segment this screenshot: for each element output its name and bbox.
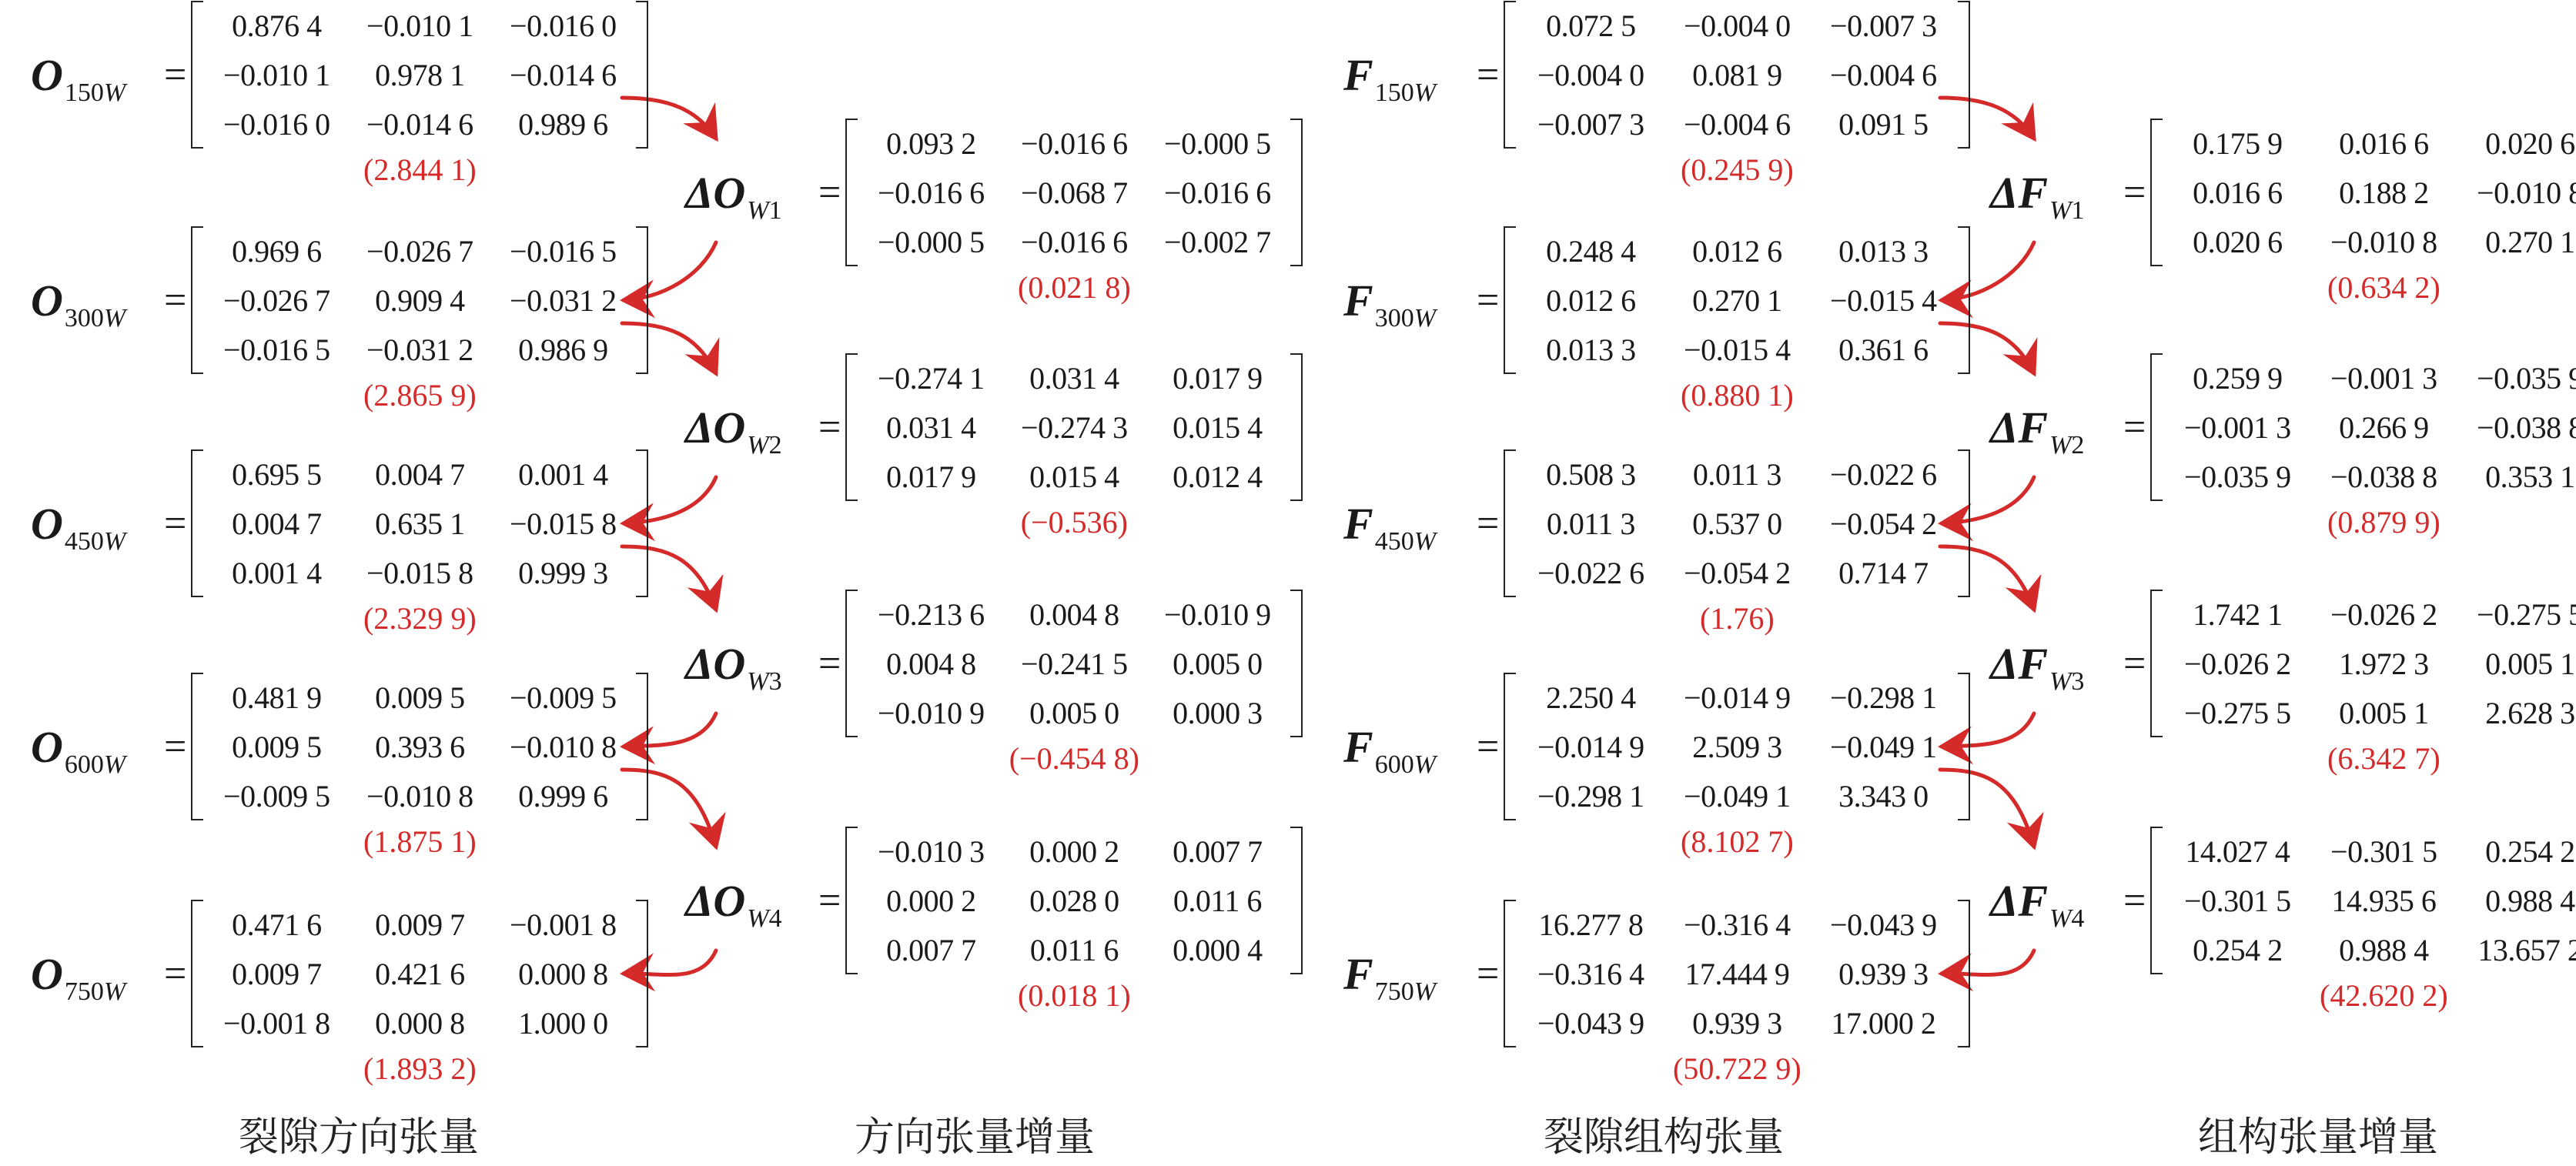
matrix-row: 0.695 50.004 70.001 4 [205,449,634,499]
tensor-subscript: 750W [65,977,125,1007]
matrix-cell: −0.043 9 [1810,907,1956,943]
subscript-number: 4 [769,904,782,933]
matrix-cell: 0.004 7 [348,456,491,493]
matrix-cell: −0.016 6 [1002,125,1146,162]
matrix-row: 0.011 30.537 0−0.054 2 [1517,499,1956,548]
matrix-cell: −0.004 0 [1664,8,1810,44]
equals-sign: = [164,278,186,323]
subscript-unit: W [104,79,125,107]
matrix-cell: 0.000 8 [491,956,634,992]
tensor-symbol: O [31,49,63,101]
fabric-tensor-trace-value: (0.245 9) [1504,152,1970,188]
fabric-increment-trace-value: (0.634 2) [2150,269,2576,306]
matrix-cell: 0.013 3 [1810,233,1956,269]
subscript-number: 4 [2071,904,2084,933]
orientation-tensor-equation: O150W=0.876 4−0.010 1−0.016 0−0.010 10.9… [31,1,648,149]
matrix-cell: 0.009 7 [348,907,491,943]
matrix-row: 1.742 1−0.026 2−0.275 5 [2164,590,2576,639]
subscript-unit: W [1414,750,1436,779]
matrix-cell: 0.986 9 [491,332,634,368]
matrix-row: 0.072 5−0.004 0−0.007 3 [1517,1,1956,50]
matrix-cell: −0.015 4 [1810,282,1956,319]
matrix-cell: 0.537 0 [1664,506,1810,542]
subscript-unit: W [104,527,125,556]
matrix-cell: −0.016 6 [859,175,1002,211]
subscript-number: 600 [65,750,104,779]
tensor-symbol: F [1343,498,1373,550]
matrix-cell: 0.012 6 [1517,282,1664,319]
matrix-cell: 0.000 8 [348,1005,491,1041]
matrix-row: −0.022 6−0.054 20.714 7 [1517,548,1956,597]
fabric-tensor-equation: F450W=0.508 30.011 3−0.022 60.011 30.537… [1343,449,1970,597]
matrix-cell: 0.421 6 [348,956,491,992]
matrix-cell: 0.004 8 [859,646,1002,682]
matrix-row: −0.213 60.004 8−0.010 9 [859,590,1289,639]
matrix-cell: 0.012 6 [1664,233,1810,269]
matrix-cell: 0.988 4 [2457,883,2576,919]
fabric-tensor-equation: F750W=16.277 8−0.316 4−0.043 9−0.316 417… [1343,900,1970,1047]
tensor-symbol: F [1343,948,1373,1000]
matrix-row: −0.014 92.509 3−0.049 1 [1517,722,1956,771]
matrix-cell: −0.000 5 [859,224,1002,260]
subscript-unit: W [1414,977,1436,1006]
subscript-number: 1 [769,196,782,225]
caption-fabric-tensor: 裂隙组构张量 [1544,1104,1784,1162]
matrix-cell: −0.026 2 [2164,646,2310,682]
subscript-unit: W [2049,196,2071,225]
orientation-increment-equation: ΔOW2=−0.274 10.031 40.017 90.031 4−0.274… [685,353,1303,501]
matrix-cell: −0.010 1 [348,8,491,44]
orientation-increment-equation: ΔOW3=−0.213 60.004 8−0.010 90.004 8−0.24… [685,590,1303,737]
caption-orientation-increment: 方向张量增量 [855,1104,1095,1162]
matrix-cell: 0.005 0 [1002,695,1146,731]
tensor-subscript: W1 [2049,196,2084,226]
matrix-row: 0.004 70.635 1−0.015 8 [205,499,634,548]
matrix-cell: 0.353 1 [2457,459,2576,495]
fabric-tensor-equation: F300W=0.248 40.012 60.013 30.012 60.270 … [1343,226,1970,374]
orientation-increment-matrix: −0.010 30.000 20.007 70.000 20.028 00.01… [845,827,1303,974]
equals-sign: = [164,52,186,98]
fabric-increment-symbol: ΔFW1 [1990,167,2117,219]
matrix-cell: 0.175 9 [2164,125,2310,162]
orientation-tensor-symbol: O750W [31,948,158,1000]
tensor-symbol: ΔO [685,167,745,219]
fabric-tensor-trace-value: (50.722 9) [1504,1051,1970,1087]
tensor-subscript: W3 [747,667,781,697]
fabric-increment-equation: ΔFW4=14.027 4−0.301 50.254 2−0.301 514.9… [1990,827,2576,974]
orientation-tensor-trace-value: (2.844 1) [191,152,648,188]
tensor-subscript: W1 [747,196,781,226]
matrix-cell: 17.000 2 [1810,1005,1956,1041]
matrix-row: 0.471 60.009 7−0.001 8 [205,900,634,949]
subscript-number: 150 [65,79,104,107]
tensor-symbol: ΔO [685,875,745,927]
matrix-cell: −0.043 9 [1517,1005,1664,1041]
tensor-subscript: 600W [1375,750,1436,780]
matrix-row: −0.316 417.444 90.939 3 [1517,949,1956,998]
matrix-cell: −0.038 8 [2457,409,2576,446]
subscript-unit: W [104,304,125,332]
subscript-unit: W [104,977,125,1006]
subscript-number: 1 [2071,196,2084,225]
tensor-symbol: O [31,721,63,773]
matrix-row: −0.001 30.266 9−0.038 8 [2164,403,2576,452]
subscript-unit: W [747,667,768,696]
matrix-cell: 0.361 6 [1810,332,1956,368]
matrix-cell: 0.017 9 [1146,360,1289,396]
orientation-tensor-trace-value: (1.893 2) [191,1051,648,1087]
matrix-row: 0.481 90.009 5−0.009 5 [205,673,634,722]
matrix-row: 0.009 50.393 6−0.010 8 [205,722,634,771]
matrix-row: −0.009 5−0.010 80.999 6 [205,771,634,820]
matrix-cell: 0.254 2 [2457,834,2576,870]
orientation-tensor-matrix: 0.969 6−0.026 7−0.016 5−0.026 70.909 4−0… [191,226,648,374]
fabric-tensor-matrix: 16.277 8−0.316 4−0.043 9−0.316 417.444 9… [1504,900,1970,1047]
matrix-cell: −0.022 6 [1517,555,1664,591]
fabric-tensor-symbol: F300W [1343,275,1470,326]
matrix-cell: 0.012 4 [1146,459,1289,495]
orientation-tensor-trace-value: (2.329 9) [191,600,648,636]
matrix-row: −0.016 0−0.014 60.989 6 [205,99,634,149]
fabric-tensor-equation: F600W=2.250 4−0.014 9−0.298 1−0.014 92.5… [1343,673,1970,820]
orientation-increment-matrix: −0.274 10.031 40.017 90.031 4−0.274 30.0… [845,353,1303,501]
matrix-cell: −0.010 3 [859,834,1002,870]
tensor-symbol: ΔF [1990,875,2048,927]
matrix-cell: 0.016 6 [2310,125,2457,162]
matrix-cell: 0.508 3 [1517,456,1664,493]
tensor-symbol: F [1343,49,1373,101]
fabric-tensor-symbol: F600W [1343,721,1470,773]
tensor-symbol: ΔF [1990,638,2048,690]
subscript-number: 3 [2071,667,2084,696]
matrix-row: −0.016 6−0.068 7−0.016 6 [859,168,1289,217]
subscript-unit: W [2049,667,2071,696]
orientation-increment-trace-value: (−0.454 8) [845,740,1303,777]
equals-sign: = [1477,501,1499,546]
matrix-cell: 0.695 5 [205,456,348,493]
matrix-cell: 0.000 2 [859,883,1002,919]
equals-sign: = [818,878,841,924]
matrix-row: 0.004 8−0.241 50.005 0 [859,639,1289,688]
matrix-cell: 0.259 9 [2164,360,2310,396]
matrix-row: −0.026 21.972 30.005 1 [2164,639,2576,688]
fabric-tensor-symbol: F750W [1343,948,1470,1000]
matrix-cell: −0.026 7 [348,233,491,269]
equals-sign: = [164,724,186,770]
orientation-tensor-equation: O450W=0.695 50.004 70.001 40.004 70.635 … [31,449,648,597]
matrix-cell: 0.988 4 [2310,932,2457,968]
equals-sign: = [164,951,186,997]
subscript-number: 450 [65,527,104,556]
matrix-row: −0.275 50.005 12.628 3 [2164,688,2576,737]
matrix-cell: 0.015 4 [1146,409,1289,446]
matrix-cell: 0.909 4 [348,282,491,319]
matrix-cell: −0.000 5 [1146,125,1289,162]
matrix-cell: −0.004 6 [1810,57,1956,93]
matrix-cell: −0.010 9 [859,695,1002,731]
subscript-number: 2 [769,431,782,459]
matrix-cell: 0.009 5 [348,680,491,716]
fabric-increment-trace-value: (42.620 2) [2150,977,2576,1014]
subscript-unit: W [747,904,768,933]
orientation-tensor-trace-value: (1.875 1) [191,824,648,860]
matrix-cell: 0.939 3 [1810,956,1956,992]
subscript-unit: W [747,196,768,225]
orientation-tensor-symbol: O450W [31,498,158,550]
matrix-row: 0.175 90.016 60.020 6 [2164,119,2576,168]
matrix-cell: 0.939 3 [1664,1005,1810,1041]
tensor-symbol: O [31,498,63,550]
subscript-unit: W [104,750,125,779]
fabric-increment-symbol: ΔFW4 [1990,875,2117,927]
matrix-row: 0.009 70.421 60.000 8 [205,949,634,998]
matrix-cell: −0.015 8 [491,506,634,542]
orientation-increment-matrix: 0.093 2−0.016 6−0.000 5−0.016 6−0.068 7−… [845,119,1303,266]
orientation-increment-matrix: −0.213 60.004 8−0.010 90.004 8−0.241 50.… [845,590,1303,737]
orientation-increment-symbol: ΔOW1 [685,167,812,219]
fabric-increment-matrix: 0.175 90.016 60.020 60.016 60.188 2−0.01… [2150,119,2576,266]
orientation-tensor-trace-value: (2.865 9) [191,377,648,413]
equals-sign: = [2123,405,2146,450]
matrix-cell: −0.016 5 [205,332,348,368]
orientation-tensor-equation: O600W=0.481 90.009 5−0.009 50.009 50.393… [31,673,648,820]
subscript-number: 750 [65,977,104,1006]
equals-sign: = [818,641,841,687]
subscript-number: 600 [1375,750,1414,779]
subscript-unit: W [2049,904,2071,933]
matrix-cell: 0.000 3 [1146,695,1289,731]
equals-sign: = [818,170,841,215]
matrix-cell: 0.020 6 [2457,125,2576,162]
matrix-cell: 0.876 4 [205,8,348,44]
matrix-cell: −0.014 9 [1517,729,1664,765]
tensor-symbol: F [1343,275,1373,326]
orientation-increment-trace-value: (0.018 1) [845,977,1303,1014]
tensor-subscript: W4 [2049,904,2084,934]
matrix-cell: 0.000 2 [1002,834,1146,870]
matrix-row: −0.301 514.935 60.988 4 [2164,876,2576,925]
matrix-cell: −0.001 8 [491,907,634,943]
matrix-row: 0.007 70.011 60.000 4 [859,925,1289,974]
matrix-cell: 0.188 2 [2310,175,2457,211]
matrix-cell: 0.009 5 [205,729,348,765]
matrix-cell: 3.343 0 [1810,778,1956,814]
matrix-cell: 0.635 1 [348,506,491,542]
matrix-cell: −0.031 2 [491,282,634,319]
matrix-cell: −0.002 7 [1146,224,1289,260]
matrix-cell: 0.004 7 [205,506,348,542]
matrix-row: 0.259 9−0.001 3−0.035 9 [2164,353,2576,403]
matrix-cell: −0.001 3 [2164,409,2310,446]
subscript-number: 750 [1375,977,1414,1006]
fabric-tensor-symbol: F150W [1343,49,1470,101]
orientation-tensor-matrix: 0.695 50.004 70.001 40.004 70.635 1−0.01… [191,449,648,597]
matrix-row: −0.010 90.005 00.000 3 [859,688,1289,737]
fabric-increment-equation: ΔFW3=1.742 1−0.026 2−0.275 5−0.026 21.97… [1990,590,2576,737]
fabric-increment-equation: ΔFW2=0.259 9−0.001 3−0.035 9−0.001 30.26… [1990,353,2576,501]
matrix-row: 0.876 4−0.010 1−0.016 0 [205,1,634,50]
tensor-symbol: ΔO [685,638,745,690]
matrix-cell: 2.250 4 [1517,680,1664,716]
matrix-cell: −0.001 8 [205,1005,348,1041]
matrix-row: 0.017 90.015 40.012 4 [859,452,1289,501]
matrix-row: −0.026 70.909 4−0.031 2 [205,276,634,325]
matrix-row: 0.248 40.012 60.013 3 [1517,226,1956,276]
matrix-cell: 0.028 0 [1002,883,1146,919]
subscript-number: 300 [65,304,104,332]
equals-sign: = [1477,951,1499,997]
matrix-cell: −0.049 1 [1810,729,1956,765]
matrix-cell: −0.004 6 [1664,106,1810,142]
fabric-increment-trace-value: (0.879 9) [2150,504,2576,540]
tensor-symbol: O [31,948,63,1000]
matrix-cell: 0.011 3 [1517,506,1664,542]
matrix-row: −0.004 00.081 9−0.004 6 [1517,50,1956,99]
matrix-cell: −0.007 3 [1517,106,1664,142]
matrix-row: 14.027 4−0.301 50.254 2 [2164,827,2576,876]
matrix-row: −0.001 80.000 81.000 0 [205,998,634,1047]
matrix-cell: 0.270 1 [2457,224,2576,260]
matrix-cell: −0.009 5 [491,680,634,716]
matrix-cell: −0.014 6 [348,106,491,142]
orientation-increment-equation: ΔOW4=−0.010 30.000 20.007 70.000 20.028 … [685,827,1303,974]
matrix-row: 16.277 8−0.316 4−0.043 9 [1517,900,1956,949]
matrix-cell: 0.020 6 [2164,224,2310,260]
tensor-subscript: W3 [2049,667,2084,697]
matrix-cell: −0.035 9 [2457,360,2576,396]
tensor-subscript: 750W [1375,977,1436,1007]
matrix-cell: 14.027 4 [2164,834,2310,870]
subscript-number: 300 [1375,304,1414,332]
fabric-tensor-trace-value: (1.76) [1504,600,1970,636]
matrix-cell: −0.010 8 [348,778,491,814]
equals-sign: = [1477,52,1499,98]
matrix-row: 0.020 6−0.010 80.270 1 [2164,217,2576,266]
matrix-cell: −0.274 1 [859,360,1002,396]
matrix-cell: 0.978 1 [348,57,491,93]
matrix-cell: −0.022 6 [1810,456,1956,493]
orientation-tensor-equation: O300W=0.969 6−0.026 7−0.016 5−0.026 70.9… [31,226,648,374]
matrix-cell: −0.016 6 [1002,224,1146,260]
matrix-cell: 1.742 1 [2164,596,2310,633]
matrix-cell: 1.972 3 [2310,646,2457,682]
orientation-tensor-matrix: 0.876 4−0.010 1−0.016 0−0.010 10.978 1−0… [191,1,648,149]
matrix-cell: −0.068 7 [1002,175,1146,211]
matrix-row: 0.001 4−0.015 80.999 3 [205,548,634,597]
matrix-cell: −0.275 5 [2457,596,2576,633]
matrix-cell: 0.005 0 [1146,646,1289,682]
matrix-cell: −0.004 0 [1517,57,1664,93]
matrix-cell: 0.266 9 [2310,409,2457,446]
tensor-subscript: 600W [65,750,125,780]
matrix-cell: 0.005 1 [2310,695,2457,731]
matrix-row: −0.000 5−0.016 6−0.002 7 [859,217,1289,266]
matrix-cell: −0.298 1 [1517,778,1664,814]
tensor-subscript: 450W [65,527,125,556]
matrix-row: 0.969 6−0.026 7−0.016 5 [205,226,634,276]
caption-orientation-tensor: 裂隙方向张量 [239,1104,479,1162]
matrix-cell: 13.657 2 [2457,932,2576,968]
matrix-row: 0.012 60.270 1−0.015 4 [1517,276,1956,325]
matrix-cell: −0.001 3 [2310,360,2457,396]
orientation-tensor-matrix: 0.481 90.009 5−0.009 50.009 50.393 6−0.0… [191,673,648,820]
matrix-cell: 0.005 1 [2457,646,2576,682]
orientation-tensor-equation: O750W=0.471 60.009 7−0.001 80.009 70.421… [31,900,648,1047]
subscript-unit: W [1414,527,1436,556]
matrix-cell: −0.031 2 [348,332,491,368]
matrix-row: 0.000 20.028 00.011 6 [859,876,1289,925]
matrix-cell: 0.714 7 [1810,555,1956,591]
tensor-subscript: W4 [747,904,781,934]
orientation-increment-trace-value: (−0.536) [845,504,1303,540]
matrix-cell: 0.009 7 [205,956,348,992]
subscript-unit: W [1414,79,1436,107]
fabric-tensor-trace-value: (0.880 1) [1504,377,1970,413]
matrix-cell: −0.049 1 [1664,778,1810,814]
equals-sign: = [1477,724,1499,770]
subscript-number: 150 [1375,79,1414,107]
tensor-symbol: ΔF [1990,167,2048,219]
subscript-number: 450 [1375,527,1414,556]
matrix-cell: 0.015 4 [1002,459,1146,495]
equals-sign: = [2123,878,2146,924]
fabric-increment-symbol: ΔFW3 [1990,638,2117,690]
matrix-cell: −0.014 9 [1664,680,1810,716]
equals-sign: = [164,501,186,546]
matrix-cell: 0.016 6 [2164,175,2310,211]
matrix-cell: 0.000 4 [1146,932,1289,968]
matrix-cell: 0.989 6 [491,106,634,142]
matrix-cell: 0.011 6 [1002,932,1146,968]
subscript-unit: W [2049,431,2071,459]
matrix-cell: −0.016 6 [1146,175,1289,211]
tensor-symbol: ΔO [685,402,745,453]
fabric-tensor-matrix: 0.248 40.012 60.013 30.012 60.270 1−0.01… [1504,226,1970,374]
tensor-subscript: 300W [65,304,125,333]
matrix-cell: −0.035 9 [2164,459,2310,495]
matrix-cell: 0.004 8 [1002,596,1146,633]
matrix-cell: −0.316 4 [1517,956,1664,992]
fabric-increment-symbol: ΔFW2 [1990,402,2117,453]
matrix-cell: −0.016 5 [491,233,634,269]
matrix-cell: −0.026 2 [2310,596,2457,633]
matrix-cell: −0.274 3 [1002,409,1146,446]
matrix-cell: 0.081 9 [1664,57,1810,93]
matrix-cell: 0.007 7 [859,932,1002,968]
matrix-cell: 0.013 3 [1517,332,1664,368]
equals-sign: = [1477,278,1499,323]
matrix-cell: 0.471 6 [205,907,348,943]
matrix-cell: −0.241 5 [1002,646,1146,682]
fabric-tensor-matrix: 0.072 5−0.004 0−0.007 3−0.004 00.081 9−0… [1504,1,1970,149]
matrix-row: −0.274 10.031 40.017 9 [859,353,1289,403]
matrix-row: −0.298 1−0.049 13.343 0 [1517,771,1956,820]
matrix-row: 0.016 60.188 2−0.010 8 [2164,168,2576,217]
matrix-cell: −0.026 7 [205,282,348,319]
matrix-cell: 0.001 4 [491,456,634,493]
matrix-cell: −0.009 5 [205,778,348,814]
orientation-increment-symbol: ΔOW2 [685,402,812,453]
matrix-cell: 0.011 3 [1664,456,1810,493]
matrix-row: −0.035 9−0.038 80.353 1 [2164,452,2576,501]
matrix-cell: 0.270 1 [1664,282,1810,319]
matrix-cell: 17.444 9 [1664,956,1810,992]
matrix-cell: 0.017 9 [859,459,1002,495]
matrix-cell: −0.298 1 [1810,680,1956,716]
orientation-tensor-symbol: O150W [31,49,158,101]
matrix-cell: 2.509 3 [1664,729,1810,765]
tensor-subscript: 450W [1375,527,1436,556]
